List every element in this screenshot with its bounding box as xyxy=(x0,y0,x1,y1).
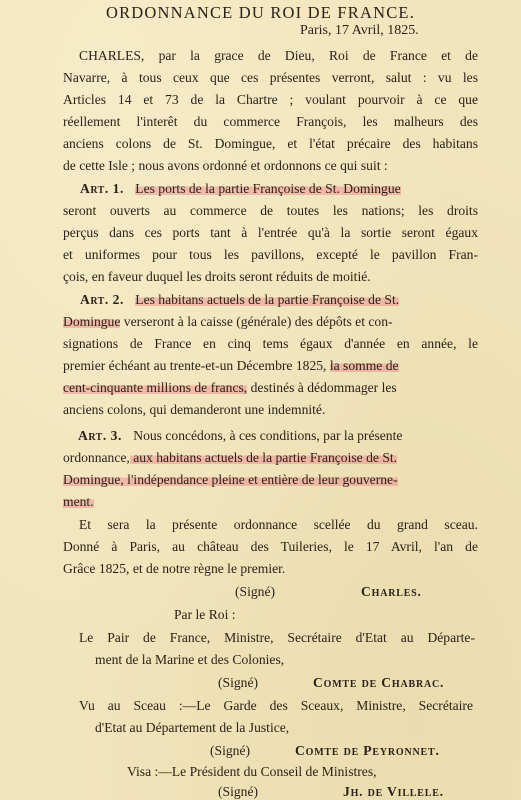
preamble-line: anciens colons de St. Domingue, et l'éta… xyxy=(63,134,478,154)
article-1-label: Art. 1. xyxy=(80,181,124,196)
article-1-line: seront ouverts au commerce de toutes les… xyxy=(63,201,478,221)
par-le-roi: Par le Roi : xyxy=(174,605,236,625)
marine-line: Le Pair de France, Ministre, Secrétaire … xyxy=(79,628,475,648)
highlight: Les habitans actuels de la partie Franço… xyxy=(135,292,399,307)
highlight: aux habitans actuels de la partie Franço… xyxy=(130,450,397,465)
text: destinés à dédommager les xyxy=(247,380,397,395)
signe-label: (Signé) xyxy=(210,741,250,761)
text: premier échéant au trente-et-un Décembre… xyxy=(63,358,330,373)
signe-label: (Signé) xyxy=(235,582,275,602)
article-2-label: Art. 2. xyxy=(80,292,124,307)
marine-line: ment de la Marine et des Colonies, xyxy=(95,650,284,670)
article-2-line: premier échéant au trente-et-un Décembre… xyxy=(63,356,478,376)
highlight: Domingue, l'indépendance pleine et entiè… xyxy=(63,472,398,487)
article-3-label: Art. 3. xyxy=(78,428,122,443)
signature-villele: Jh. de Villele. xyxy=(343,782,444,800)
article-2-line: cent-cinquante millions de francs, desti… xyxy=(63,378,478,398)
closing-line: Donné à Paris, au château des Tuileries,… xyxy=(63,537,478,557)
article-2-line: signations de France en cinq tems égaux … xyxy=(63,334,478,354)
highlight: Les ports de la partie Françoise de St. … xyxy=(135,181,400,196)
article-2-heading-line: Art. 2. Les habitans actuels de la parti… xyxy=(80,290,480,310)
signe-label: (Signé) xyxy=(218,782,258,800)
sceau-line: Vu au Sceau :—Le Garde des Sceaux, Minis… xyxy=(79,696,473,716)
highlight: cent-cinquante millions de francs, xyxy=(63,380,247,395)
preamble-line: Navarre, à tous ceux que ces présentes v… xyxy=(63,68,478,88)
closing-line: Grâce 1825, et de notre règne le premier… xyxy=(63,559,478,579)
preamble-line: CHARLES, par la grace de Dieu, Roi de Fr… xyxy=(63,46,478,66)
signature-chabrac: Comte de Chabrac. xyxy=(313,673,444,693)
article-3-heading-line: Art. 3. Nous concédons, à ces conditions… xyxy=(78,426,478,446)
article-2-line: anciens colons, qui demanderont une inde… xyxy=(63,400,478,420)
dateline: Paris, 17 Avril, 1825. xyxy=(300,23,419,39)
article-1-line: perçus dans ces ports tant à l'entrée qu… xyxy=(63,223,478,243)
article-1-line: çois, en faveur duquel les droits seront… xyxy=(63,267,478,287)
article-2-line: Domingue verseront à la caisse (générale… xyxy=(63,312,478,332)
visa-line: Visa :—Le Président du Conseil de Minist… xyxy=(127,762,377,782)
signature-king: Charles. xyxy=(361,582,422,602)
text: Nous concédons, à ces conditions, par la… xyxy=(133,428,402,443)
highlight: Domingue xyxy=(63,314,120,329)
preamble-line: réellement l'interêt du commerce Françoi… xyxy=(63,112,478,132)
signature-peyronnet: Comte de Peyronnet. xyxy=(295,741,440,761)
article-1-line: et uniformes pour tous les pavillons, ex… xyxy=(63,245,478,265)
article-1-heading-line: Art. 1. Les ports de la partie Françoise… xyxy=(80,179,480,199)
article-3-line: ment. xyxy=(63,492,478,512)
preamble-line: Articles 14 et 73 de la Chartre ; voulan… xyxy=(63,90,478,110)
highlight: la somme de xyxy=(330,358,399,373)
text: ordonnance, xyxy=(63,450,130,465)
article-3-line: ordonnance, aux habitans actuels de la p… xyxy=(63,448,478,468)
document-page: ORDONNANCE DU ROI DE FRANCE. Paris, 17 A… xyxy=(0,0,521,800)
preamble-line: de cette Isle ; nous avons ordonné et or… xyxy=(63,156,478,176)
signe-label: (Signé) xyxy=(218,673,258,693)
sceau-line: d'Etat au Département de la Justice, xyxy=(95,718,289,738)
document-title: ORDONNANCE DU ROI DE FRANCE. xyxy=(0,3,521,23)
text: verseront à la caisse (générale) des dép… xyxy=(120,314,392,329)
article-3-line: Domingue, l'indépendance pleine et entiè… xyxy=(63,470,478,490)
highlight: ment. xyxy=(63,494,94,509)
closing-line: Et sera la présente ordonnance scellée d… xyxy=(79,515,478,535)
